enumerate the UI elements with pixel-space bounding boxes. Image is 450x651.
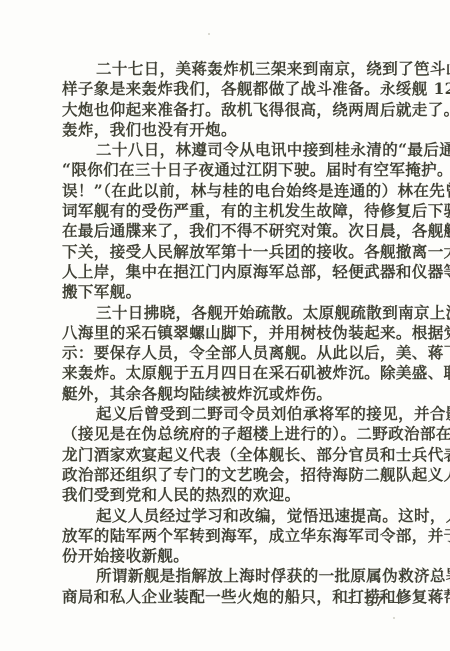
- text-line: 搬下军舰。: [62, 282, 406, 302]
- text-line: 起义人员经过学习和改编，觉悟迅速提高。这时，人民解: [62, 506, 406, 526]
- body-text: 二十七日，美蒋轰炸机三架来到南京，绕到了笆斗山，看样子象是来轰炸我们，各舰都做了…: [62, 59, 406, 607]
- scan-speck: [393, 617, 395, 619]
- text-line: 起义后曾受到二野司令员刘伯承将军的接见，并合影留念: [62, 404, 406, 424]
- text-line: 误！”（在此以前，林与桂的电台始终是连通的）林在先曾托: [62, 181, 406, 201]
- text-line: “限你们在三十日子夜通过江阴下驶。届时有空军掩护。勿: [62, 160, 406, 180]
- text-line: 我们受到党和人民的热烈的欢迎。: [62, 485, 406, 505]
- text-line: （接见是在伪总统府的子超楼上进行的）。二野政治部在南京: [62, 424, 406, 444]
- text-line: 人上岸，集中在挹江门内原海军总部，轻便武器和仪器等也都: [62, 262, 406, 282]
- text-line: 艇外，其余各舰均陆续被炸沉或炸伤。: [62, 384, 406, 404]
- text-line: 在最后通牒来了，我们不得不研究对策。次日晨，各舰艇开到: [62, 221, 406, 241]
- scan-speck: [208, 33, 210, 35]
- text-line: 示：要保存人员，令全部人员离舰。从此以后，美、蒋飞机经常: [62, 343, 406, 363]
- text-line: 来轰炸。太原舰于五月四日在采石矶被炸沉。除美盛、联光二: [62, 363, 406, 383]
- text-line: 轰炸，我们也没有开炮。: [62, 120, 406, 140]
- text-line: 三十日拂晓，各舰开始疏散。太原舰疏散到南京上游二十: [62, 303, 406, 323]
- text-line: 二十八日，林遵司令从电讯中接到桂永清的“最后通牒”：: [62, 140, 406, 160]
- text-line: 下关，接受人民解放军第十一兵团的接收。各舰撤离一大部分: [62, 242, 406, 262]
- text-line: 二十七日，美蒋轰炸机三架来到南京，绕到了笆斗山，看: [62, 59, 406, 79]
- document-page: 二十七日，美蒋轰炸机三架来到南京，绕到了笆斗山，看样子象是来轰炸我们，各舰都做了…: [0, 0, 450, 651]
- text-line: 政治部还组织了专门的文艺晚会，招待海防二舰队起义人员，: [62, 465, 406, 485]
- text-line: 词军舰有的受伤严重，有的主机发生故障，待修复后下驶。现: [62, 201, 406, 221]
- text-line: 大炮也仰起来准备打。敌机飞得很高，绕两周后就走了。没有: [62, 100, 406, 120]
- text-line: 放军的陆军两个军转到海军，成立华东海军司令部，并于九月: [62, 526, 406, 546]
- text-line: 样子象是来轰炸我们，各舰都做了战斗准备。永绥舰 120 毫米: [62, 79, 406, 99]
- text-line: 龙门酒家欢宴起义代表（全体舰长、部分官员和士兵代表），: [62, 445, 406, 465]
- page-number: — 57 —: [346, 594, 405, 611]
- text-line: 份开始接收新舰。: [62, 546, 406, 566]
- text-line: 所谓新舰是指解放上海时俘获的一批原属伪救济总署、招: [62, 566, 406, 586]
- text-line: 八海里的采石镇翠螺山脚下，并用树枝伪装起来。根据党的指: [62, 323, 406, 343]
